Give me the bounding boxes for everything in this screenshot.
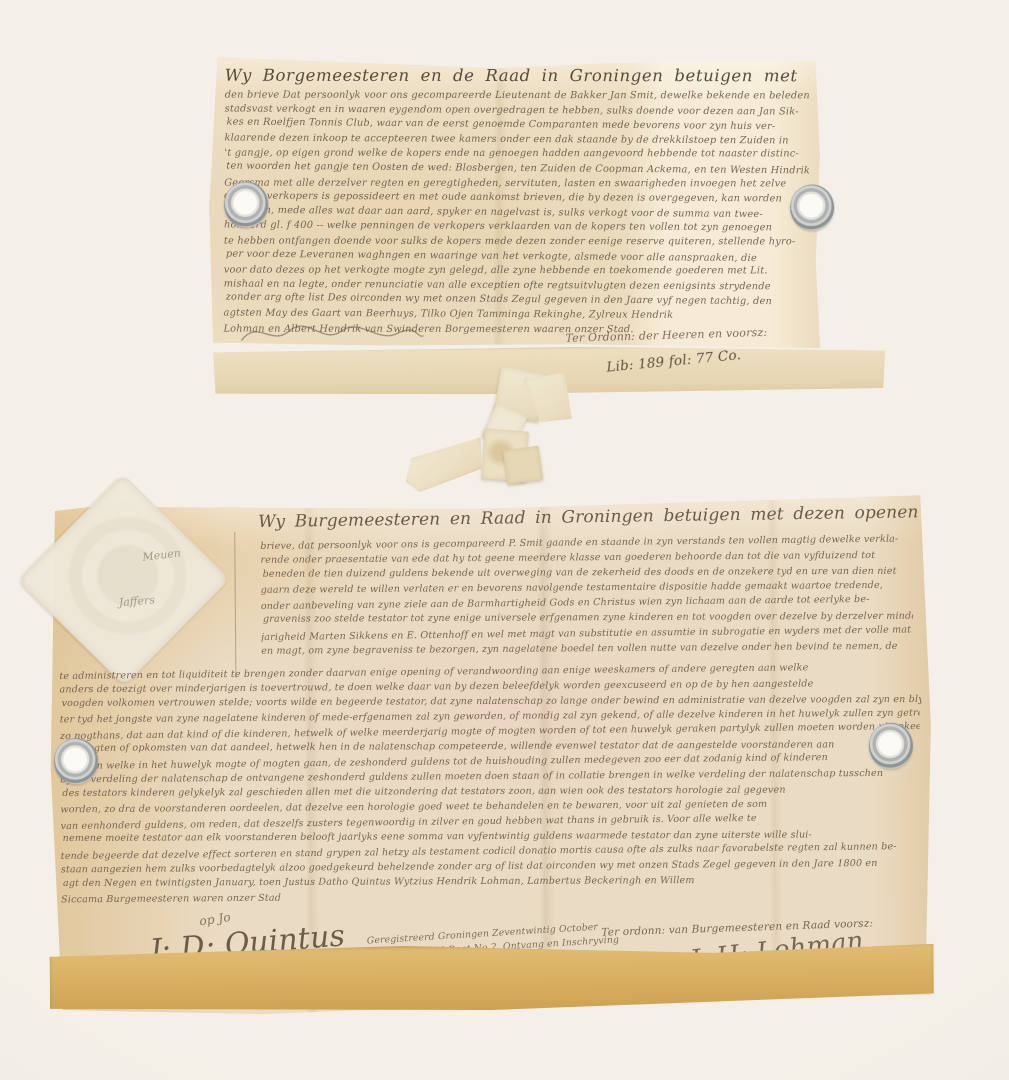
metal-eyelet-grommet-icon — [224, 181, 268, 227]
manuscript-lines-indented: brieve, dat persoonlyk voor ons is gecom… — [260, 535, 911, 661]
opening-line: Wy Borgemeesteren en de Raad in Groninge… — [225, 66, 809, 91]
top-parchment-deed: Wy Borgemeesteren en de Raad in Groninge… — [207, 54, 823, 403]
bottom-parchment-deed: Meuen Jaffers Wy Burgemeesteren en Raad … — [46, 491, 934, 1020]
archive-registration-note: Lib: 189 fol: 77 Co. — [606, 347, 742, 376]
seal-tail-strip — [503, 446, 543, 485]
metal-eyelet-grommet-icon — [54, 738, 98, 784]
metal-eyelet-grommet-icon — [790, 184, 834, 230]
manuscript-lines-full-width: te administreren en tot liquiditeit te b… — [59, 663, 921, 910]
manuscript-text-block: Wy Borgemeesteren en de Raad in Groninge… — [223, 64, 808, 339]
seal-tail-strip — [398, 431, 491, 497]
photo-of-two-parchment-deeds: Wy Borgemeesteren en de Raad in Groninge… — [0, 0, 1009, 1080]
metal-eyelet-grommet-icon — [869, 723, 913, 769]
parchment-seal-tail — [396, 366, 596, 496]
manuscript-lines: den brieve Dat persoonlyk voor ons gecom… — [223, 88, 808, 339]
